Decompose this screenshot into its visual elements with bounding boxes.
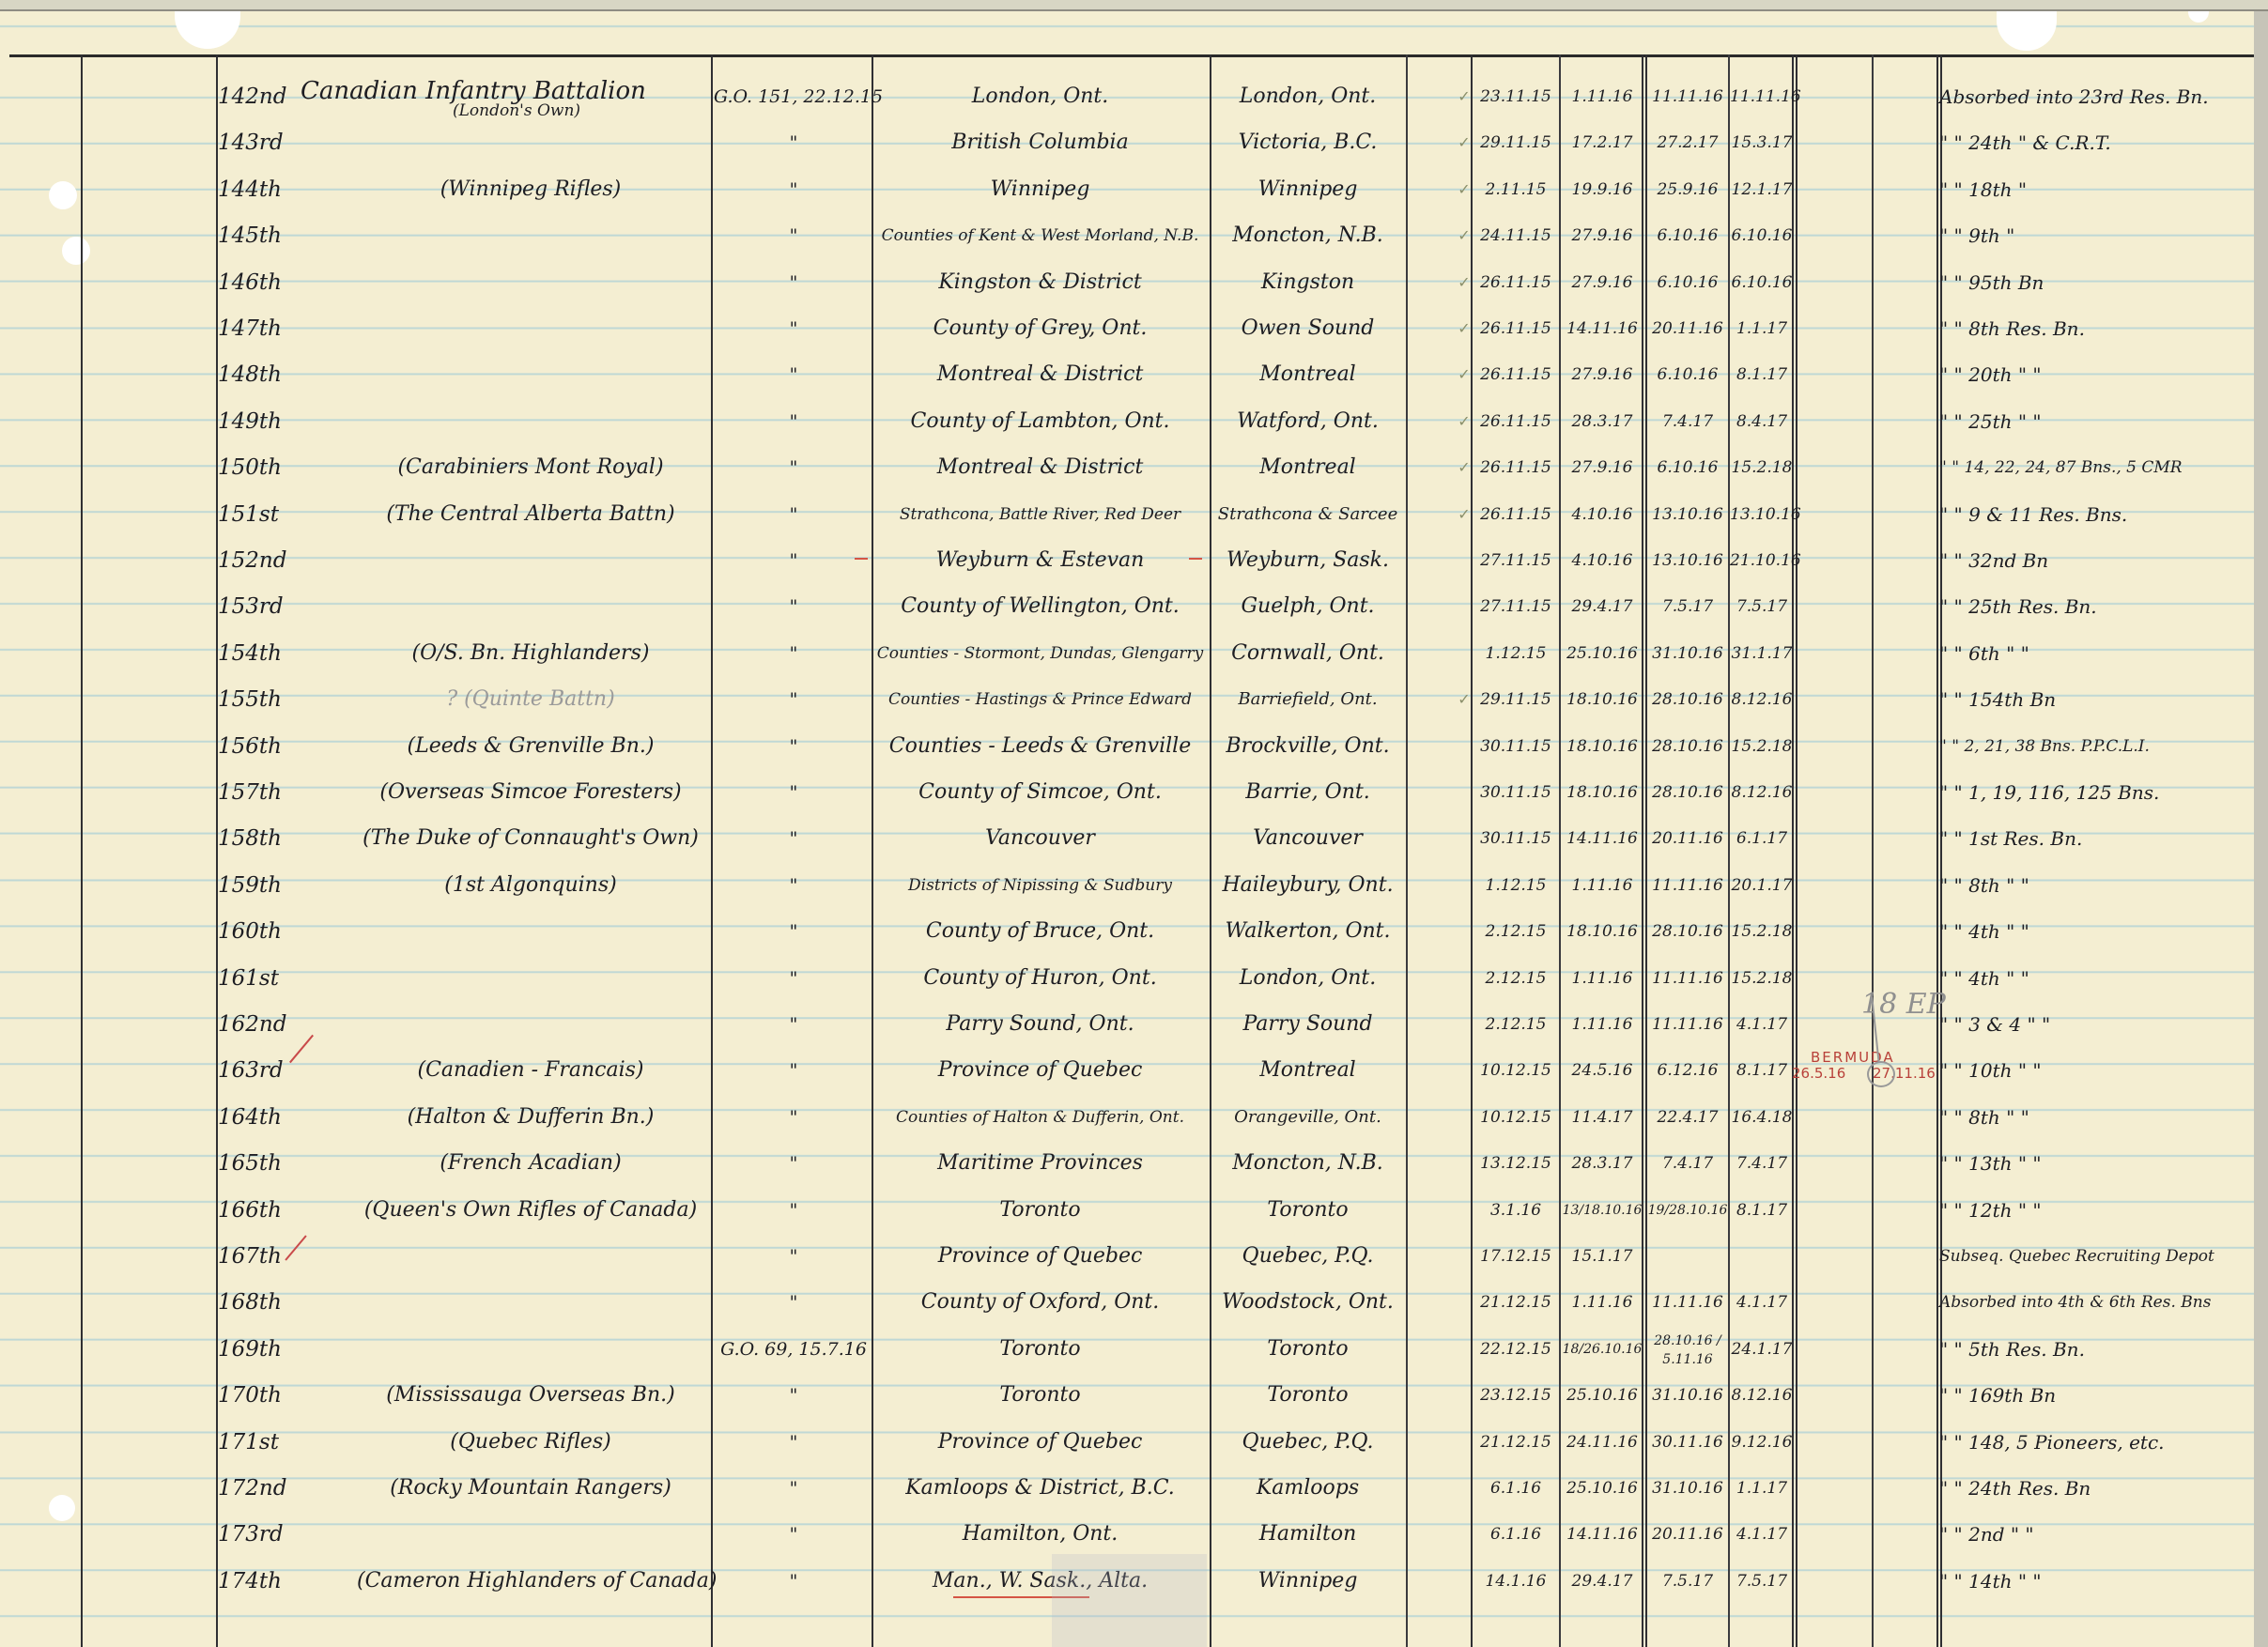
check-mark: ✓	[1456, 73, 1473, 120]
date-absorbed: 31.1.17	[1730, 630, 1794, 677]
battalion-name	[357, 955, 704, 1002]
recruiting-area: Montreal & District	[873, 351, 1207, 398]
date-organized: 26.11.15	[1473, 351, 1559, 398]
table-row: 169thG.O. 69, 15.7.16TorontoToronto22.12…	[0, 1326, 2254, 1373]
mobilization-place: Montreal	[1211, 351, 1404, 398]
remarks: " " 13th " "	[1939, 1140, 2249, 1187]
date-arrived: 28.10.16 / 5.11.16	[1645, 1326, 1730, 1378]
authority: "	[714, 398, 873, 445]
recruiting-area: County of Oxford, Ont.	[873, 1279, 1207, 1326]
remarks: " " 8th Res. Bn.	[1939, 305, 2249, 352]
battalion-number: 145th	[218, 212, 282, 259]
remarks: Subseq. Quebec Recruiting Depot	[1939, 1233, 2249, 1280]
remarks: " " 14, 22, 24, 87 Bns., 5 CMR	[1939, 444, 2249, 491]
battalion-name: (Carabiniers Mont Royal)	[357, 444, 704, 491]
date-organized: 6.1.16	[1473, 1465, 1559, 1512]
mobilization-place: Toronto	[1211, 1187, 1404, 1234]
mobilization-place: Cornwall, Ont.	[1211, 630, 1404, 677]
recruiting-area: Province of Quebec	[873, 1047, 1207, 1094]
recruiting-area: London, Ont.	[873, 73, 1207, 120]
date-absorbed: 6.1.17	[1730, 815, 1794, 862]
red-dash-right	[1189, 558, 1202, 560]
battalion-number: 157th	[218, 769, 282, 816]
battalion-name: ? (Quinte Battn)	[357, 676, 704, 723]
authority: "	[714, 583, 873, 630]
check-mark	[1456, 630, 1473, 677]
battalion-name: (French Acadian)	[357, 1140, 704, 1187]
date-arrived: 19/28.10.16	[1645, 1187, 1730, 1234]
battalion-number: 152nd	[218, 537, 286, 584]
date-embarked: 25.10.16	[1561, 1372, 1643, 1419]
pencil-circle	[1867, 1061, 1895, 1087]
table-row: 150th(Carabiniers Mont Royal)"Montreal &…	[0, 444, 2254, 491]
date-organized: 10.12.15	[1473, 1047, 1559, 1094]
remarks: " " 1, 19, 116, 125 Bns.	[1939, 769, 2249, 816]
table-row: 173rd"Hamilton, Ont.Hamilton6.1.1614.11.…	[0, 1511, 2254, 1558]
recruiting-area: Maritime Provinces	[873, 1140, 1207, 1187]
recruiting-area: Kingston & District	[873, 259, 1207, 306]
date-absorbed: 16.4.18	[1730, 1094, 1794, 1141]
recruiting-area: County of Wellington, Ont.	[873, 583, 1207, 630]
mobilization-place: Quebec, P.Q.	[1211, 1419, 1404, 1466]
date-organized: 21.12.15	[1473, 1419, 1559, 1466]
authority: "	[714, 1279, 873, 1326]
date-organized: 27.11.15	[1473, 537, 1559, 584]
battalion-number: 144th	[218, 166, 282, 213]
remarks: " " 169th Bn	[1939, 1372, 2249, 1419]
table-row: 151st(The Central Alberta Battn)"Strathc…	[0, 491, 2254, 538]
authority: "	[714, 676, 873, 723]
mobilization-place: Montreal	[1211, 444, 1404, 491]
authority: "	[714, 1465, 873, 1512]
date-organized: 26.11.15	[1473, 491, 1559, 538]
battalion-name: (Canadien - Francais)	[357, 1047, 704, 1094]
date-embarked: 27.9.16	[1561, 444, 1643, 491]
remarks: " " 25th Res. Bn.	[1939, 583, 2249, 630]
date-embarked: 27.9.16	[1561, 351, 1643, 398]
battalion-number: 172nd	[218, 1465, 286, 1512]
date-embarked: 1.11.16	[1561, 1279, 1643, 1326]
page-edge	[2254, 11, 2268, 1647]
table-row: 160th"County of Bruce, Ont.Walkerton, On…	[0, 908, 2254, 955]
battalion-number: 155th	[218, 676, 282, 723]
remarks: " " 154th Bn	[1939, 676, 2249, 723]
date-embarked: 1.11.16	[1561, 955, 1643, 1002]
battalion-name	[357, 351, 704, 398]
table-row: 171st(Quebec Rifles)"Province of QuebecQ…	[0, 1419, 2254, 1466]
date-arrived: 7.4.17	[1645, 398, 1730, 445]
date-arrived: 6.10.16	[1645, 212, 1730, 259]
date-embarked: 19.9.16	[1561, 166, 1643, 213]
recruiting-area: County of Simcoe, Ont.	[873, 769, 1207, 816]
authority: "	[714, 305, 873, 352]
date-arrived: 28.10.16	[1645, 723, 1730, 770]
date-arrived: 30.11.16	[1645, 1419, 1730, 1466]
battalion-name: (The Duke of Connaught's Own)	[357, 815, 704, 862]
authority: "	[714, 1187, 873, 1234]
recruiting-area: Parry Sound, Ont.	[873, 1001, 1207, 1048]
battalion-name	[357, 583, 704, 630]
date-absorbed: 12.1.17	[1730, 166, 1794, 213]
date-absorbed: 7.4.17	[1730, 1140, 1794, 1187]
battalion-number: 166th	[218, 1187, 282, 1234]
date-absorbed: 6.10.16	[1730, 212, 1794, 259]
table-row: 167th"Province of QuebecQuebec, P.Q.17.1…	[0, 1233, 2254, 1280]
date-organized: 26.11.15	[1473, 259, 1559, 306]
check-mark	[1456, 1279, 1473, 1326]
check-mark	[1456, 1326, 1473, 1373]
battalion-name: (O/S. Bn. Highlanders)	[357, 630, 704, 677]
table-row: 165th(French Acadian)"Maritime Provinces…	[0, 1140, 2254, 1187]
remarks: " " 20th " "	[1939, 351, 2249, 398]
date-absorbed: 4.1.17	[1730, 1279, 1794, 1326]
battalion-name: (Halton & Dufferin Bn.)	[357, 1094, 704, 1141]
check-mark	[1456, 955, 1473, 1002]
recruiting-area: Districts of Nipissing & Sudbury	[873, 862, 1207, 909]
authority: "	[714, 908, 873, 955]
header-rule	[9, 54, 2254, 57]
mobilization-place: Orangeville, Ont.	[1211, 1094, 1404, 1141]
date-embarked: 14.11.16	[1561, 815, 1643, 862]
date-organized: 10.12.15	[1473, 1094, 1559, 1141]
date-embarked: 18.10.16	[1561, 769, 1643, 816]
remarks: " " 4th " "	[1939, 955, 2249, 1002]
date-embarked: 28.3.17	[1561, 1140, 1643, 1187]
date-embarked: 4.10.16	[1561, 491, 1643, 538]
authority: "	[714, 119, 873, 166]
battalion-number: 153rd	[218, 583, 284, 630]
battalion-name: (1st Algonquins)	[357, 862, 704, 909]
remarks: " " 24th " & C.R.T.	[1939, 119, 2249, 166]
table-row: 156th(Leeds & Grenville Bn.)"Counties - …	[0, 723, 2254, 770]
date-embarked: 27.9.16	[1561, 212, 1643, 259]
recruiting-area: Vancouver	[873, 815, 1207, 862]
date-absorbed: 4.1.17	[1730, 1511, 1794, 1558]
authority: "	[714, 1094, 873, 1141]
recruiting-area: Counties - Hastings & Prince Edward	[873, 676, 1207, 723]
date-absorbed: 6.10.16	[1730, 259, 1794, 306]
date-organized: 2.11.15	[1473, 166, 1559, 213]
remarks: " " 10th " "	[1939, 1047, 2249, 1094]
date-organized: 26.11.15	[1473, 398, 1559, 445]
table-row: 146th"Kingston & DistrictKingston✓26.11.…	[0, 259, 2254, 306]
date-organized: 26.11.15	[1473, 444, 1559, 491]
battalion-number: 148th	[218, 351, 282, 398]
date-absorbed: 8.1.17	[1730, 351, 1794, 398]
check-mark	[1456, 537, 1473, 584]
authority: "	[714, 1511, 873, 1558]
battalion-number: 149th	[218, 398, 282, 445]
date-organized: 6.1.16	[1473, 1511, 1559, 1558]
mobilization-place: Quebec, P.Q.	[1211, 1233, 1404, 1280]
mobilization-place: Barrie, Ont.	[1211, 769, 1404, 816]
date-embarked: 18.10.16	[1561, 676, 1643, 723]
authority: "	[714, 444, 873, 491]
date-arrived: 11.11.16	[1645, 73, 1730, 120]
date-embarked: 18/26.10.16	[1561, 1326, 1643, 1373]
check-mark	[1456, 1419, 1473, 1466]
date-arrived	[1645, 1233, 1730, 1280]
remarks: " " 18th "	[1939, 166, 2249, 213]
date-organized: 1.12.15	[1473, 862, 1559, 909]
check-mark	[1456, 1511, 1473, 1558]
remarks: " " 9th "	[1939, 212, 2249, 259]
battalion-name: (Overseas Simcoe Foresters)	[357, 769, 704, 816]
date-organized: 13.12.15	[1473, 1140, 1559, 1187]
recruiting-area: Montreal & District	[873, 444, 1207, 491]
battalion-number: 162nd	[218, 1001, 286, 1048]
battalion-name	[357, 305, 704, 352]
check-mark: ✓	[1456, 491, 1473, 538]
table-row: 144th(Winnipeg Rifles)"WinnipegWinnipeg✓…	[0, 166, 2254, 213]
authority: "	[714, 537, 873, 584]
check-mark: ✓	[1456, 305, 1473, 352]
table-row: 154th(O/S. Bn. Highlanders)"Counties - S…	[0, 630, 2254, 677]
authority: "	[714, 259, 873, 306]
date-absorbed: 13.10.16	[1730, 491, 1794, 538]
date-absorbed: 8.12.16	[1730, 676, 1794, 723]
date-arrived: 20.11.16	[1645, 1511, 1730, 1558]
date-absorbed: 8.12.16	[1730, 769, 1794, 816]
date-organized: 30.11.15	[1473, 723, 1559, 770]
battalion-name	[357, 1326, 704, 1373]
authority: "	[714, 630, 873, 677]
battalion-number: 143rd	[218, 119, 284, 166]
remarks: " " 12th " "	[1939, 1187, 2249, 1234]
date-embarked: 4.10.16	[1561, 537, 1643, 584]
mobilization-place: Walkerton, Ont.	[1211, 908, 1404, 955]
authority: "	[714, 1001, 873, 1048]
check-mark	[1456, 1465, 1473, 1512]
table-row: 147th"County of Grey, Ont.Owen Sound✓26.…	[0, 305, 2254, 352]
date-arrived: 7.5.17	[1645, 583, 1730, 630]
date-embarked: 24.11.16	[1561, 1419, 1643, 1466]
mobilization-place: Guelph, Ont.	[1211, 583, 1404, 630]
recruiting-area: Winnipeg	[873, 166, 1207, 213]
date-absorbed: 8.12.16	[1730, 1372, 1794, 1419]
date-absorbed: 15.2.18	[1730, 723, 1794, 770]
table-row: 149th"County of Lambton, Ont.Watford, On…	[0, 398, 2254, 445]
remarks: " " 2nd " "	[1939, 1511, 2249, 1558]
date-arrived: 31.10.16	[1645, 630, 1730, 677]
date-organized: 22.12.15	[1473, 1326, 1559, 1373]
check-mark: ✓	[1456, 351, 1473, 398]
recruiting-area: Counties of Halton & Dufferin, Ont.	[873, 1094, 1207, 1141]
battalion-name	[357, 1511, 704, 1558]
remarks: " " 1st Res. Bn.	[1939, 815, 2249, 862]
battalion-name: (Quebec Rifles)	[357, 1419, 704, 1466]
date-organized: 3.1.16	[1473, 1187, 1559, 1234]
date-organized: 23.12.15	[1473, 1372, 1559, 1419]
date-absorbed: 4.1.17	[1730, 1001, 1794, 1048]
date-arrived: 7.4.17	[1645, 1140, 1730, 1187]
table-row: 164th(Halton & Dufferin Bn.)"Counties of…	[0, 1094, 2254, 1141]
battalion-number: 174th	[218, 1558, 282, 1605]
authority: "	[714, 166, 873, 213]
recruiting-area: Hamilton, Ont.	[873, 1511, 1207, 1558]
check-mark	[1456, 1233, 1473, 1280]
recruiting-area: Toronto	[873, 1187, 1207, 1234]
check-mark	[1456, 1001, 1473, 1048]
date-arrived: 20.11.16	[1645, 815, 1730, 862]
date-arrived: 6.10.16	[1645, 351, 1730, 398]
recruiting-area: Counties - Leeds & Grenville	[873, 723, 1207, 770]
red-dash-left	[855, 558, 868, 560]
authority: "	[714, 862, 873, 909]
table-row: 143rd"British ColumbiaVictoria, B.C.✓29.…	[0, 119, 2254, 166]
date-arrived: 13.10.16	[1645, 491, 1730, 538]
mobilization-place: Barriefield, Ont.	[1211, 676, 1404, 723]
date-absorbed: 21.10.16	[1730, 537, 1794, 584]
date-organized: 2.12.15	[1473, 955, 1559, 1002]
remarks: " " 95th Bn	[1939, 259, 2249, 306]
date-absorbed: 24.1.17	[1730, 1326, 1794, 1373]
mobilization-place: Hamilton	[1211, 1511, 1404, 1558]
authority: "	[714, 491, 873, 538]
date-arrived: 22.4.17	[1645, 1094, 1730, 1141]
date-embarked: 25.10.16	[1561, 630, 1643, 677]
recruiting-area: Kamloops & District, B.C.	[873, 1465, 1207, 1512]
date-arrived: 7.5.17	[1645, 1558, 1730, 1605]
battalion-number: 151st	[218, 491, 279, 538]
table-row: 148th"Montreal & DistrictMontreal✓26.11.…	[0, 351, 2254, 398]
remarks: " " 148, 5 Pioneers, etc.	[1939, 1419, 2249, 1466]
date-absorbed: 7.5.17	[1730, 583, 1794, 630]
battalion-number: 154th	[218, 630, 282, 677]
authority: "	[714, 351, 873, 398]
authority: "	[714, 955, 873, 1002]
table-row: 168th"County of Oxford, Ont.Woodstock, O…	[0, 1279, 2254, 1326]
date-absorbed: 20.1.17	[1730, 862, 1794, 909]
table-row: 172nd(Rocky Mountain Rangers)"Kamloops &…	[0, 1465, 2254, 1512]
date-embarked: 1.11.16	[1561, 73, 1643, 120]
battalion-name	[357, 398, 704, 445]
date-organized: 29.11.15	[1473, 119, 1559, 166]
authority: "	[714, 815, 873, 862]
table-row: 157th(Overseas Simcoe Foresters)"County …	[0, 769, 2254, 816]
check-mark	[1456, 1047, 1473, 1094]
date-embarked: 18.10.16	[1561, 723, 1643, 770]
mobilization-place: Woodstock, Ont.	[1211, 1279, 1404, 1326]
mobilization-place: Moncton, N.B.	[1211, 212, 1404, 259]
battalion-number: 173rd	[218, 1511, 284, 1558]
recruiting-area: County of Lambton, Ont.	[873, 398, 1207, 445]
battalion-name	[357, 1001, 704, 1048]
check-mark: ✓	[1456, 212, 1473, 259]
remarks: " " 14th " "	[1939, 1558, 2249, 1605]
authority: "	[714, 1233, 873, 1280]
battalion-name: (Leeds & Grenville Bn.)	[357, 723, 704, 770]
date-absorbed: 15.2.18	[1730, 444, 1794, 491]
date-arrived: 31.10.16	[1645, 1465, 1730, 1512]
date-organized: 30.11.15	[1473, 815, 1559, 862]
date-arrived: 31.10.16	[1645, 1372, 1730, 1419]
battalion-number: 167th	[218, 1233, 282, 1280]
date-arrived: 28.10.16	[1645, 908, 1730, 955]
date-arrived: 28.10.16	[1645, 676, 1730, 723]
remarks: " " 24th Res. Bn	[1939, 1465, 2249, 1512]
date-arrived: 11.11.16	[1645, 1279, 1730, 1326]
date-organized: 29.11.15	[1473, 676, 1559, 723]
date-arrived: 27.2.17	[1645, 119, 1730, 166]
date-arrived: 6.10.16	[1645, 444, 1730, 491]
date-absorbed: 1.1.17	[1730, 305, 1794, 352]
battalion-number: 170th	[218, 1372, 282, 1419]
recruiting-area: County of Grey, Ont.	[873, 305, 1207, 352]
date-absorbed: 9.12.16	[1730, 1419, 1794, 1466]
check-mark: ✓	[1456, 166, 1473, 213]
authority: "	[714, 1047, 873, 1094]
remarks: " " 5th Res. Bn.	[1939, 1326, 2249, 1373]
authority: "	[714, 1372, 873, 1419]
date-organized: 23.11.15	[1473, 73, 1559, 120]
date-absorbed: 11.11.16	[1730, 73, 1794, 120]
battalion-number: 147th	[218, 305, 282, 352]
check-mark	[1456, 1558, 1473, 1605]
date-organized: 14.1.16	[1473, 1558, 1559, 1605]
recruiting-area: Counties of Kent & West Morland, N.B.	[873, 212, 1207, 259]
date-organized: 2.12.15	[1473, 1001, 1559, 1048]
mobilization-place: Winnipeg	[1211, 1558, 1404, 1605]
mobilization-place: Brockville, Ont.	[1211, 723, 1404, 770]
battalion-name: (Queen's Own Rifles of Canada)	[357, 1187, 704, 1234]
mobilization-place: Watford, Ont.	[1211, 398, 1404, 445]
date-arrived: 11.11.16	[1645, 862, 1730, 909]
authority: "	[714, 723, 873, 770]
remarks: " " 6th " "	[1939, 630, 2249, 677]
date-embarked: 27.9.16	[1561, 259, 1643, 306]
authority: G.O. 151, 22.12.15	[714, 73, 873, 120]
mobilization-place: Kingston	[1211, 259, 1404, 306]
mobilization-place: Moncton, N.B.	[1211, 1140, 1404, 1187]
authority: "	[714, 212, 873, 259]
battalion-name: (Rocky Mountain Rangers)	[357, 1465, 704, 1512]
battalion-name: (The Central Alberta Battn)	[357, 491, 704, 538]
bermuda-from-date: 26.5.16	[1792, 1065, 1845, 1082]
mobilization-place: Owen Sound	[1211, 305, 1404, 352]
battalion-number: 164th	[218, 1094, 282, 1141]
recruiting-area: British Columbia	[873, 119, 1207, 166]
battalion-number: 156th	[218, 723, 282, 770]
authority: "	[714, 1140, 873, 1187]
battalion-number: 169th	[218, 1326, 282, 1373]
mobilization-place: Montreal	[1211, 1047, 1404, 1094]
date-arrived: 6.10.16	[1645, 259, 1730, 306]
check-mark	[1456, 583, 1473, 630]
date-arrived: 6.12.16	[1645, 1047, 1730, 1094]
mobilization-place: Toronto	[1211, 1372, 1404, 1419]
check-mark	[1456, 862, 1473, 909]
battalion-name	[357, 212, 704, 259]
remarks: Absorbed into 4th & 6th Res. Bns	[1939, 1279, 2249, 1326]
remarks: " " 32nd Bn	[1939, 537, 2249, 584]
date-arrived: 11.11.16	[1645, 955, 1730, 1002]
date-absorbed: 8.1.17	[1730, 1187, 1794, 1234]
battalion-number: 158th	[218, 815, 282, 862]
check-mark	[1456, 769, 1473, 816]
table-row: 142ndG.O. 151, 22.12.15London, Ont.Londo…	[0, 73, 2254, 120]
date-organized: 1.12.15	[1473, 630, 1559, 677]
table-row: 170th(Mississauga Overseas Bn.)"TorontoT…	[0, 1372, 2254, 1419]
mobilization-place: Kamloops	[1211, 1465, 1404, 1512]
table-row: 155th? (Quinte Battn)"Counties - Hasting…	[0, 676, 2254, 723]
mobilization-place: Strathcona & Sarcee	[1211, 491, 1404, 538]
date-embarked: 15.1.17	[1561, 1233, 1643, 1280]
battalion-number: 161st	[218, 955, 279, 1002]
date-arrived: 28.10.16	[1645, 769, 1730, 816]
recruiting-area: Province of Quebec	[873, 1233, 1207, 1280]
remarks: " " 9 & 11 Res. Bns.	[1939, 491, 2249, 538]
